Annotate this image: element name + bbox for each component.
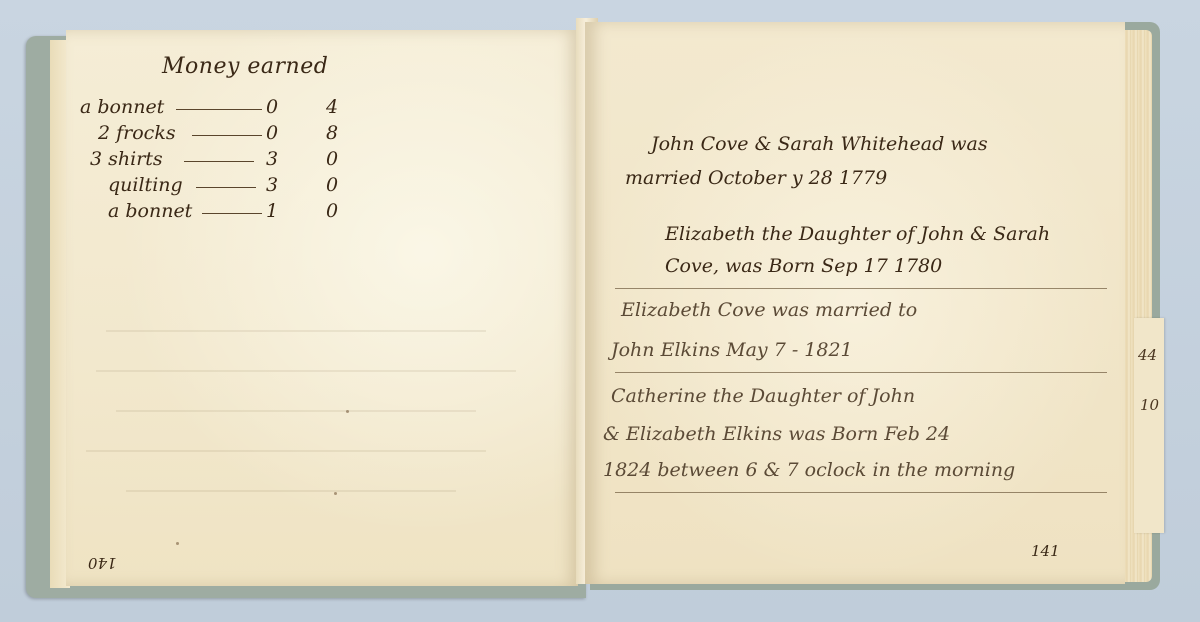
- register-entry-4-line-2: & Elizabeth Elkins was Born Feb 24: [603, 418, 950, 450]
- margin-mark: 10: [1140, 396, 1159, 414]
- register-entry-1-line-2: married October y 28 1779: [625, 162, 887, 194]
- ledger-dash: [196, 187, 256, 188]
- ledger-dash: [184, 161, 254, 162]
- left-page: Money earned a bonnet 0 4 2 frocks 0 8 3…: [66, 30, 578, 586]
- ledger-item: a bonnet: [80, 96, 164, 118]
- money-earned-ledger: a bonnet 0 4 2 frocks 0 8 3 shirts 3 0 q…: [80, 96, 380, 226]
- ledger-row: a bonnet 1 0: [80, 200, 380, 226]
- ledger-pence: 0: [326, 174, 338, 196]
- ledger-pence: 0: [326, 200, 338, 222]
- register-entry-4-line-3: 1824 between 6 & 7 oclock in the morning: [603, 454, 1015, 486]
- register-entry-4-line-1: Catherine the Daughter of John: [611, 380, 915, 412]
- ledger-dash: [192, 135, 262, 136]
- register-entry-3-line-2: John Elkins May 7 - 1821: [611, 334, 853, 366]
- ledger-shillings: 3: [266, 148, 278, 170]
- page-number-right: 141: [1031, 542, 1060, 560]
- register-divider: [615, 492, 1107, 493]
- ledger-item: 2 frocks: [98, 122, 176, 144]
- right-page: John Cove & Sarah Whitehead was married …: [585, 22, 1125, 584]
- ledger-dash: [202, 213, 262, 214]
- register-entry-1-line-1: John Cove & Sarah Whitehead was: [651, 128, 988, 160]
- ledger-row: 3 shirts 3 0: [80, 148, 380, 174]
- register-entry-2-line-1: Elizabeth the Daughter of John & Sarah: [665, 218, 1050, 250]
- inserted-slip: 44 10: [1134, 318, 1164, 533]
- ledger-shillings: 0: [266, 96, 278, 118]
- ledger-shillings: 1: [266, 200, 278, 222]
- register-entry-3-line-1: Elizabeth Cove was married to: [621, 294, 917, 326]
- page-number-left: 140: [88, 554, 117, 572]
- ledger-dash: [176, 109, 262, 110]
- ledger-row: a bonnet 0 4: [80, 96, 380, 122]
- ledger-row: quilting 3 0: [80, 174, 380, 200]
- register-entry-2-line-2: Cove, was Born Sep 17 1780: [665, 250, 942, 282]
- ledger-item: 3 shirts: [90, 148, 163, 170]
- ledger-item: quilting: [108, 174, 183, 196]
- margin-mark: 44: [1138, 346, 1157, 364]
- register-divider: [615, 372, 1107, 373]
- ledger-pence: 8: [326, 122, 338, 144]
- ledger-shillings: 0: [266, 122, 278, 144]
- ledger-heading: Money earned: [162, 54, 328, 79]
- ledger-pence: 0: [326, 148, 338, 170]
- ledger-pence: 4: [326, 96, 338, 118]
- ledger-shillings: 3: [266, 174, 278, 196]
- register-divider: [615, 288, 1107, 289]
- ledger-row: 2 frocks 0 8: [80, 122, 380, 148]
- ledger-item: a bonnet: [108, 200, 192, 222]
